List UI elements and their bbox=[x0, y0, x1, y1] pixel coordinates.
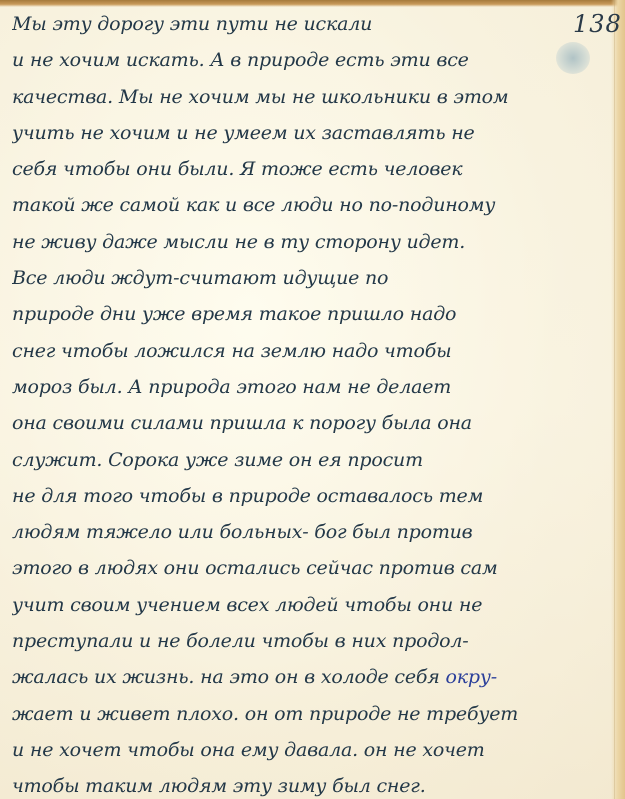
text-line-content: жает и живет плохо. он от природе не тре… bbox=[12, 703, 518, 725]
text-line: этого в людях они остались сейчас против… bbox=[12, 550, 587, 586]
text-line: чтобы таким людям эту зиму был снег. bbox=[12, 768, 587, 799]
text-line-content: и не хочим искать. А в природе есть эти … bbox=[12, 49, 469, 71]
text-line-content: учить не хочим и не умеем их заставлять … bbox=[12, 122, 475, 144]
text-line-content: снег чтобы ложился на землю надо чтобы bbox=[12, 340, 451, 362]
text-line-content: людям тяжело или больных- бог был против bbox=[12, 521, 473, 543]
text-line: природе дни уже время такое пришло надо bbox=[12, 296, 587, 332]
text-line: людям тяжело или больных- бог был против bbox=[12, 514, 587, 550]
page-fold-line bbox=[614, 0, 615, 799]
text-line-content: Все люди ждут-считают идущие по bbox=[12, 267, 388, 289]
text-line: не для того чтобы в природе оставалось т… bbox=[12, 478, 587, 514]
text-line-content: служит. Сорока уже зиме он ея просит bbox=[12, 449, 423, 471]
text-line: она своими силами пришла к порогу была о… bbox=[12, 405, 587, 441]
text-line-content: Мы эту дорогу эти пути не искали bbox=[12, 13, 372, 35]
blue-ink-word: окру- bbox=[446, 666, 497, 688]
text-line-content: такой же самой как и все люди но по-поди… bbox=[12, 194, 495, 216]
text-line: мороз был. А природа этого нам не делает bbox=[12, 369, 587, 405]
text-line: жалась их жизнь. на это он в холоде себя… bbox=[12, 659, 587, 695]
notebook-page: 138 Мы эту дорогу эти пути не искалии не… bbox=[0, 0, 625, 799]
text-line-content: она своими силами пришла к порогу была о… bbox=[12, 412, 472, 434]
text-line-content: себя чтобы они были. Я тоже есть человек bbox=[12, 158, 462, 180]
text-line-content: учит своим учением всех людей чтобы они … bbox=[12, 594, 482, 616]
text-line: учить не хочим и не умеем их заставлять … bbox=[12, 115, 587, 151]
text-line-content: мороз был. А природа этого нам не делает bbox=[12, 376, 451, 398]
text-line: жает и живет плохо. он от природе не тре… bbox=[12, 696, 587, 732]
handwritten-text-body: Мы эту дорогу эти пути не искалии не хоч… bbox=[12, 6, 587, 799]
text-line: снег чтобы ложился на землю надо чтобы bbox=[12, 333, 587, 369]
text-line-content: этого в людях они остались сейчас против… bbox=[12, 557, 498, 579]
text-line-content: природе дни уже время такое пришло надо bbox=[12, 303, 456, 325]
text-line: качества. Мы не хочим мы не школьники в … bbox=[12, 79, 587, 115]
text-line: себя чтобы они были. Я тоже есть человек bbox=[12, 151, 587, 187]
text-line: не живу даже мысли не в ту сторону идет. bbox=[12, 224, 587, 260]
text-line-content: не для того чтобы в природе оставалось т… bbox=[12, 485, 483, 507]
text-line-content: качества. Мы не хочим мы не школьники в … bbox=[12, 86, 508, 108]
text-line-content: жалась их жизнь. на это он в холоде себя bbox=[12, 666, 440, 688]
text-line: служит. Сорока уже зиме он ея просит bbox=[12, 442, 587, 478]
text-line: Мы эту дорогу эти пути не искали bbox=[12, 6, 587, 42]
text-line: учит своим учением всех людей чтобы они … bbox=[12, 587, 587, 623]
text-line-content: преступали и не болели чтобы в них продо… bbox=[12, 630, 469, 652]
text-line: и не хочим искать. А в природе есть эти … bbox=[12, 42, 587, 78]
text-line: такой же самой как и все люди но по-поди… bbox=[12, 187, 587, 223]
text-line-content: и не хочет чтобы она ему давала. он не х… bbox=[12, 739, 485, 761]
text-line: Все люди ждут-считают идущие по bbox=[12, 260, 587, 296]
text-line-content: чтобы таким людям эту зиму был снег. bbox=[12, 775, 426, 797]
text-line-content: не живу даже мысли не в ту сторону идет. bbox=[12, 231, 465, 253]
text-line: и не хочет чтобы она ему давала. он не х… bbox=[12, 732, 587, 768]
text-line: преступали и не болели чтобы в них продо… bbox=[12, 623, 587, 659]
